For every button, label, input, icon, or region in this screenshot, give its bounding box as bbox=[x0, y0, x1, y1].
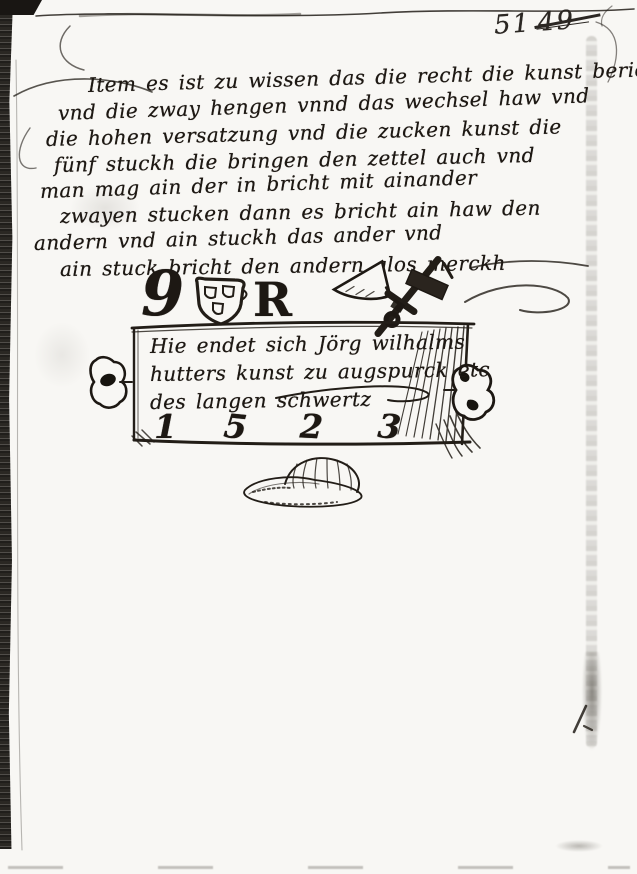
paper-smudge bbox=[34, 322, 90, 388]
colophon-cartouche: Hie endet sich Jörg wilhalms hutters kun… bbox=[126, 316, 482, 452]
folio-struck-out: 49 bbox=[537, 5, 576, 38]
page-right-edge-streak bbox=[586, 36, 597, 748]
year-digit: 5 bbox=[222, 409, 248, 444]
year-digit: 1 bbox=[154, 410, 177, 443]
hat-shading bbox=[253, 458, 351, 504]
colophon-line: des langen schwertz bbox=[150, 387, 372, 414]
strap-icon bbox=[86, 354, 132, 412]
year-digit: 2 bbox=[299, 409, 324, 443]
folio-current: 51 bbox=[493, 8, 532, 41]
year-digit: 3 bbox=[377, 409, 403, 444]
colophon-line: Hie endet sich Jörg wilhalms bbox=[150, 330, 466, 358]
hat-sketch-icon bbox=[239, 450, 371, 512]
manuscript-page-scan: 5149 Item es ist zu wissen das die recht… bbox=[0, 0, 637, 874]
bottom-smudge bbox=[555, 840, 603, 852]
folio-number: 5149 bbox=[493, 5, 576, 41]
page-right-edge-blotch bbox=[582, 652, 602, 750]
scan-bottom-line bbox=[8, 866, 630, 869]
colophon-line: hutters kunst zu augspurck etc bbox=[150, 357, 490, 386]
scan-edge-left-band bbox=[0, 0, 13, 849]
scan-corner-mark bbox=[0, 0, 42, 15]
